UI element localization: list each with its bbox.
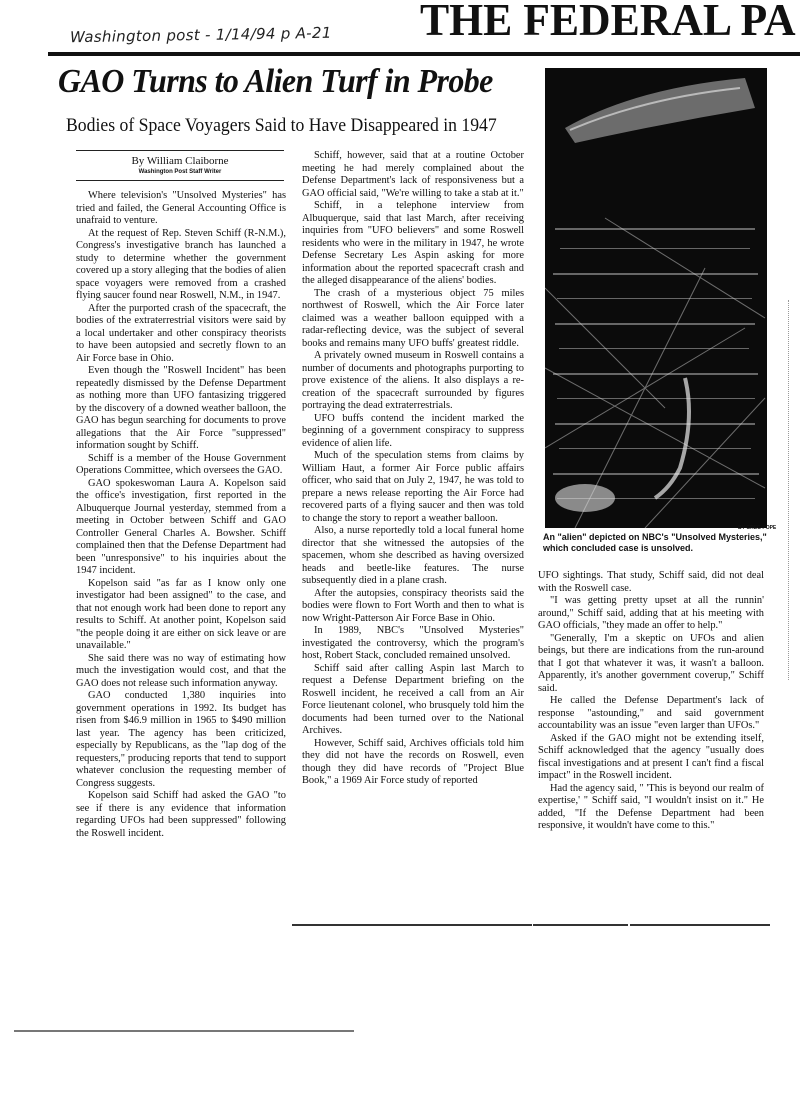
paragraph: Had the agency said, " 'This is beyond o…	[538, 783, 764, 833]
paragraph: Kopelson said Schiff had asked the GAO "…	[76, 790, 286, 840]
alien-photo	[545, 68, 767, 528]
paragraph: UFO buffs contend the incident marked th…	[302, 413, 524, 451]
section-masthead: THE FEDERAL PA	[420, 0, 796, 44]
paragraph: Schiff, in a telephone interview from Al…	[302, 200, 524, 288]
paragraph: Schiff said after calling Aspin last Mar…	[302, 663, 524, 738]
paragraph: GAO spokeswoman Laura A. Kopelson said t…	[76, 478, 286, 578]
column-end-rule	[630, 924, 770, 926]
paragraph: Schiff is a member of the House Governme…	[76, 453, 286, 478]
subheadline: Bodies of Space Voyagers Said to Have Di…	[66, 114, 497, 138]
paragraph: A privately owned museum in Roswell cont…	[302, 350, 524, 413]
paragraph: Also, a nurse reportedly told a local fu…	[302, 525, 524, 588]
paragraph: "Generally, I'm a skeptic on UFOs and al…	[538, 633, 764, 696]
paragraph: In 1989, NBC's "Unsolved Mysteries" inve…	[302, 625, 524, 663]
paragraph: UFO sightings. That study, Schiff said, …	[538, 570, 764, 595]
byline-title: Washington Post Staff Writer	[76, 168, 284, 176]
paragraph: However, Schiff said, Archives officials…	[302, 738, 524, 788]
photo-image	[545, 68, 767, 528]
photo-credit: BY GREG POPE	[738, 525, 776, 531]
paragraph: Kopelson said "as far as I know only one…	[76, 578, 286, 653]
article-column-2: Schiff, however, said that at a routine …	[302, 150, 524, 788]
paragraph: Asked if the GAO might not be extending …	[538, 733, 764, 783]
paragraph: Schiff, however, said that at a routine …	[302, 150, 524, 200]
paragraph: She said there was no way of estimating …	[76, 653, 286, 691]
article-column-3: UFO sightings. That study, Schiff said, …	[538, 570, 764, 833]
column-end-rule	[533, 924, 628, 926]
paragraph: "I was getting pretty upset at all the r…	[538, 595, 764, 633]
paragraph: He called the Defense Department's lack …	[538, 695, 764, 733]
column-end-rule	[292, 924, 532, 926]
scan-edge-mark	[788, 300, 791, 680]
paragraph: After the purported crash of the spacecr…	[76, 303, 286, 366]
paragraph: Even though the "Roswell Incident" has b…	[76, 365, 286, 453]
paragraph: After the autopsies, conspiracy theorist…	[302, 588, 524, 626]
byline-box: By William Claiborne Washington Post Sta…	[76, 150, 284, 181]
masthead-rule	[48, 52, 800, 56]
article-column-1: Where television's "Unsolved Mysteries" …	[76, 190, 286, 840]
paragraph: The crash of a mysterious object 75 mile…	[302, 288, 524, 351]
byline: By William Claiborne	[76, 155, 284, 168]
paragraph: At the request of Rep. Steven Schiff (R-…	[76, 228, 286, 303]
paragraph: Much of the speculation stems from claim…	[302, 450, 524, 525]
paragraph: Where television's "Unsolved Mysteries" …	[76, 190, 286, 228]
page-foot-rule	[14, 1030, 354, 1032]
photo-caption: An "alien" depicted on NBC's "Unsolved M…	[543, 532, 773, 554]
handwritten-source-note: Washington post - 1/14/94 p A-21	[70, 24, 332, 47]
paragraph: GAO conducted 1,380 inquiries into gover…	[76, 690, 286, 790]
headline: GAO Turns to Alien Turf in Probe	[58, 62, 493, 102]
